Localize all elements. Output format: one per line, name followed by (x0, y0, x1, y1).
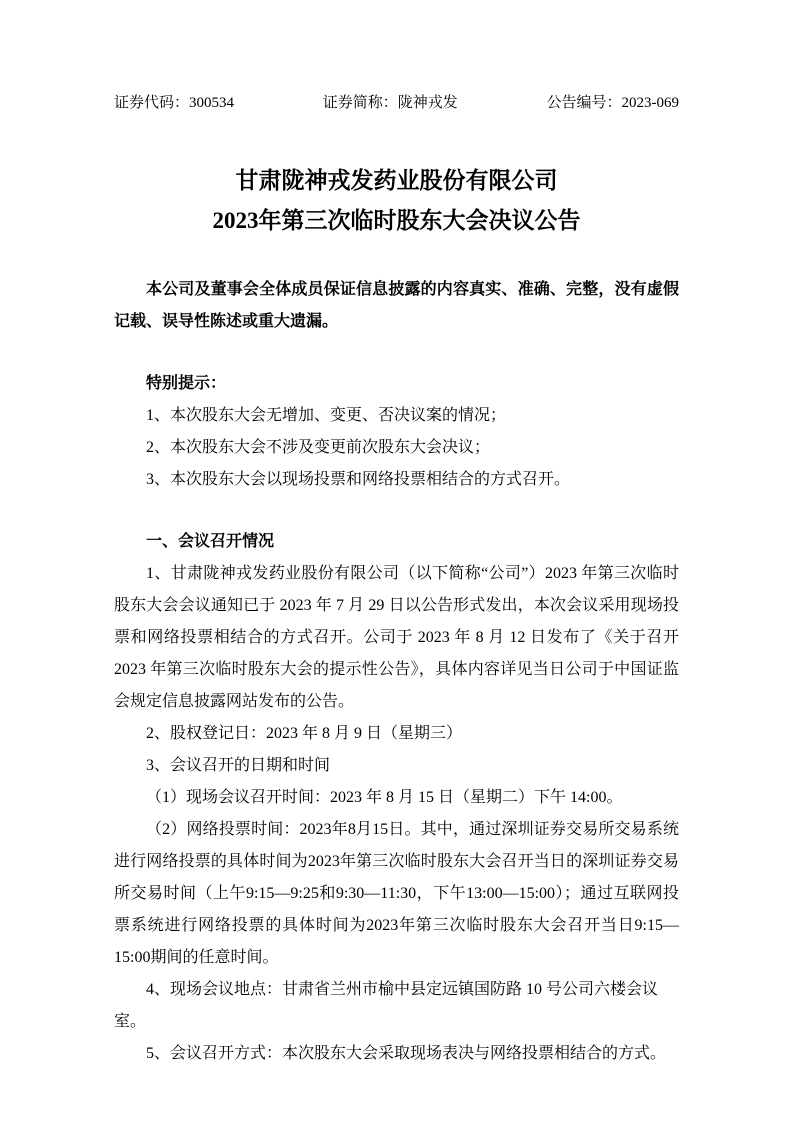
title-line-announcement-name: 2023年第三次临时股东大会决议公告 (114, 201, 679, 241)
paragraph-onsite-meeting-time: （1）现场会议召开时间：2023 年 8 月 15 日（星期二）下午 14:00… (114, 782, 679, 814)
paragraph-meeting-notice: 1、甘肃陇神戎发药业股份有限公司（以下简称“公司”）2023 年第三次临时股东大… (114, 558, 679, 718)
paragraph-meeting-datetime-heading: 3、会议召开的日期和时间 (114, 750, 679, 782)
document-content: 证券代码：300534 证券简称：陇神戎发 公告编号：2023-069 甘肃陇神… (114, 0, 679, 1070)
paragraph-meeting-venue: 4、现场会议地点：甘肃省兰州市榆中县定远镇国防路 10 号公司六楼会议室。 (114, 974, 679, 1038)
stock-short-name: 证券简称：陇神戎发 (323, 94, 458, 113)
special-notice-item-1: 1、本次股东大会无增加、变更、否决议案的情况； (114, 400, 679, 432)
paragraph-meeting-method: 5、会议召开方式：本次股东大会采取现场表决与网络投票相结合的方式。 (114, 1038, 679, 1070)
stock-code: 证券代码：300534 (114, 94, 234, 113)
special-notice-item-2: 2、本次股东大会不涉及变更前次股东大会决议； (114, 432, 679, 464)
document-title: 甘肃陇神戎发药业股份有限公司 2023年第三次临时股东大会决议公告 (114, 161, 679, 241)
special-notice-heading: 特别提示： (114, 368, 679, 400)
announcement-document-page: 证券代码：300534 证券简称：陇神戎发 公告编号：2023-069 甘肃陇神… (0, 0, 793, 1122)
title-line-company-name: 甘肃陇神戎发药业股份有限公司 (114, 161, 679, 201)
special-notice-item-3: 3、本次股东大会以现场投票和网络投票相结合的方式召开。 (114, 464, 679, 496)
document-header-row: 证券代码：300534 证券简称：陇神戎发 公告编号：2023-069 (114, 94, 679, 113)
section-1-heading: 一、会议召开情况 (114, 526, 679, 558)
paragraph-online-voting-time: （2）网络投票时间：2023年8月15日。其中，通过深圳证券交易所交易系统进行网… (114, 814, 679, 974)
announcement-number: 公告编号：2023-069 (547, 94, 680, 113)
disclaimer-paragraph: 本公司及董事会全体成员保证信息披露的内容真实、准确、完整，没有虚假记载、误导性陈… (114, 274, 679, 338)
paragraph-record-date: 2、股权登记日：2023 年 8 月 9 日（星期三） (114, 718, 679, 750)
